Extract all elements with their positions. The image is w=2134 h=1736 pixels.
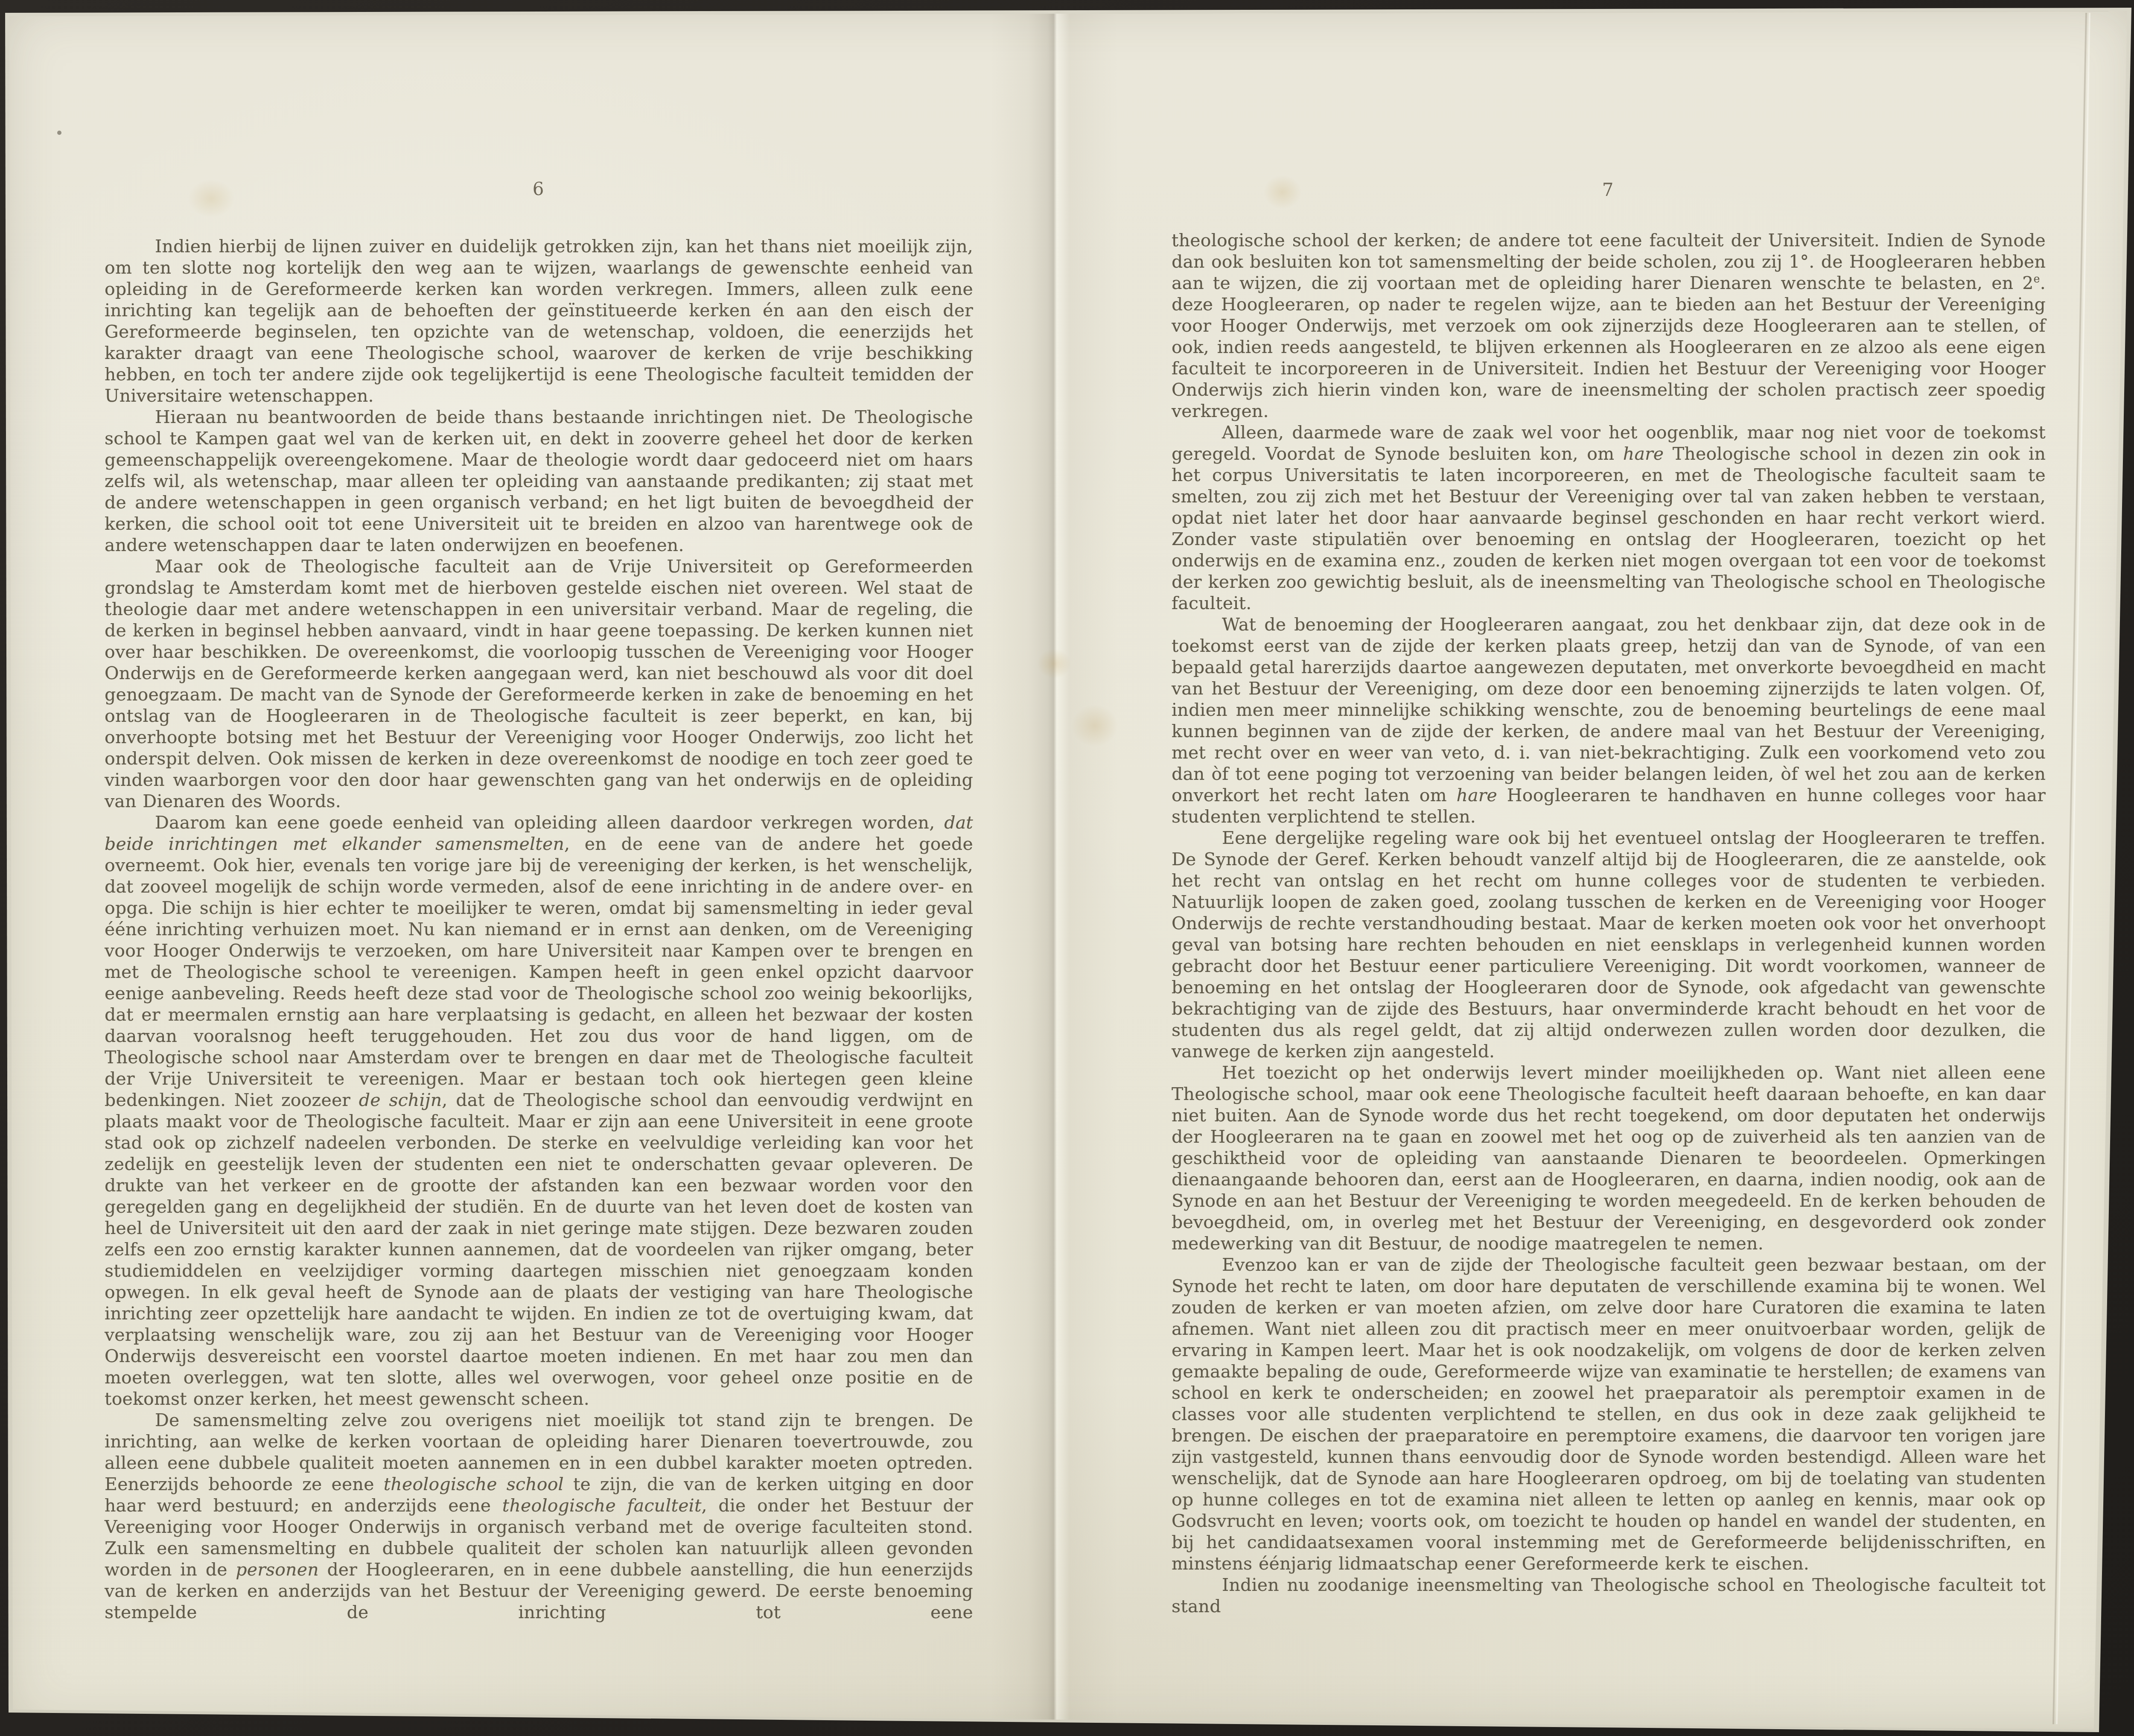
text-run: theologische school der kerken; de ander… xyxy=(1172,230,2046,293)
paper-sheet: 6 Indien hierbij de lijnen zuiver en dui… xyxy=(0,0,2134,1736)
text-run: hare xyxy=(1623,443,1664,464)
stain xyxy=(188,179,235,218)
paragraph: Alleen, daarmede ware de zaak wel voor h… xyxy=(1172,422,2046,614)
stain xyxy=(1263,175,1302,209)
text-run: Daarom kan eene goede eenheid van opleid… xyxy=(155,812,944,833)
text-run: personen xyxy=(236,1559,319,1580)
text-run: Indien nu zoodanige ineensmelting van Th… xyxy=(1172,1575,2046,1616)
scanned-book-opening: { "colors": { "backdrop": "#272421", "pa… xyxy=(0,0,2134,1736)
text-run: hare xyxy=(1457,785,1498,805)
center-fold-crease xyxy=(990,11,1118,1723)
fore-edge-line xyxy=(2052,13,2087,1724)
paragraph: Indien hierbij de lijnen zuiver en duide… xyxy=(105,236,973,406)
text-run: Wat de benoeming der Hoogleeraren aangaa… xyxy=(1172,614,2046,805)
text-run: Maar ook de Theologische faculteit aan d… xyxy=(105,556,973,811)
paragraph: Maar ook de Theologische faculteit aan d… xyxy=(105,556,973,812)
paragraph: De samensmelting zelve zou overigens nie… xyxy=(105,1409,973,1623)
paragraph: Eene dergelijke regeling ware ook bij he… xyxy=(1172,827,2046,1062)
text-column-right: theologische school der kerken; de ander… xyxy=(1172,230,2046,1514)
paragraph: Het toezicht op het onderwijs levert min… xyxy=(1172,1062,2046,1254)
text-run: Het toezicht op het onderwijs levert min… xyxy=(1172,1062,2046,1254)
text-run: Eene dergelijke regeling ware ook bij he… xyxy=(1172,828,2046,1062)
text-run: Indien hierbij de lijnen zuiver en duide… xyxy=(105,236,973,406)
paragraph: Hieraan nu beantwoorden de beide thans b… xyxy=(105,406,973,556)
stain xyxy=(1071,704,1118,747)
text-run: . deze Hoogleeraren, op nader te regelen… xyxy=(1172,273,2046,421)
page-number-left: 6 xyxy=(496,178,581,199)
text-run: , dat de Theologische school dan eenvoud… xyxy=(105,1090,973,1409)
text-column-left: Indien hierbij de lijnen zuiver en duide… xyxy=(105,236,973,1520)
paragraph: Indien nu zoodanige ineensmelting van Th… xyxy=(1172,1574,2046,1617)
fore-edge-highlight xyxy=(2056,13,2090,1724)
paragraph: Wat de benoeming der Hoogleeraren aangaa… xyxy=(1172,614,2046,827)
text-run: de schijn xyxy=(359,1090,442,1110)
text-run: e xyxy=(2034,272,2040,285)
paragraph: Evenzoo kan er van de zijde der Theologi… xyxy=(1172,1254,2046,1574)
text-run: Theologische school in dezen zin ook in … xyxy=(1172,443,2046,613)
speck xyxy=(57,131,61,135)
paragraph: Daarom kan eene goede eenheid van opleid… xyxy=(105,812,973,1409)
text-run: theologische school xyxy=(384,1474,564,1494)
page-number-right: 7 xyxy=(1566,179,1651,200)
text-run: , en de eene van de andere het goede ove… xyxy=(105,834,973,1110)
paragraph: theologische school der kerken; de ander… xyxy=(1172,230,2046,422)
text-run: Evenzoo kan er van de zijde der Theologi… xyxy=(1172,1255,2046,1574)
text-run: theologische faculteit xyxy=(502,1495,702,1516)
stain xyxy=(1037,649,1071,679)
text-run: Hieraan nu beantwoorden de beide thans b… xyxy=(105,407,973,555)
